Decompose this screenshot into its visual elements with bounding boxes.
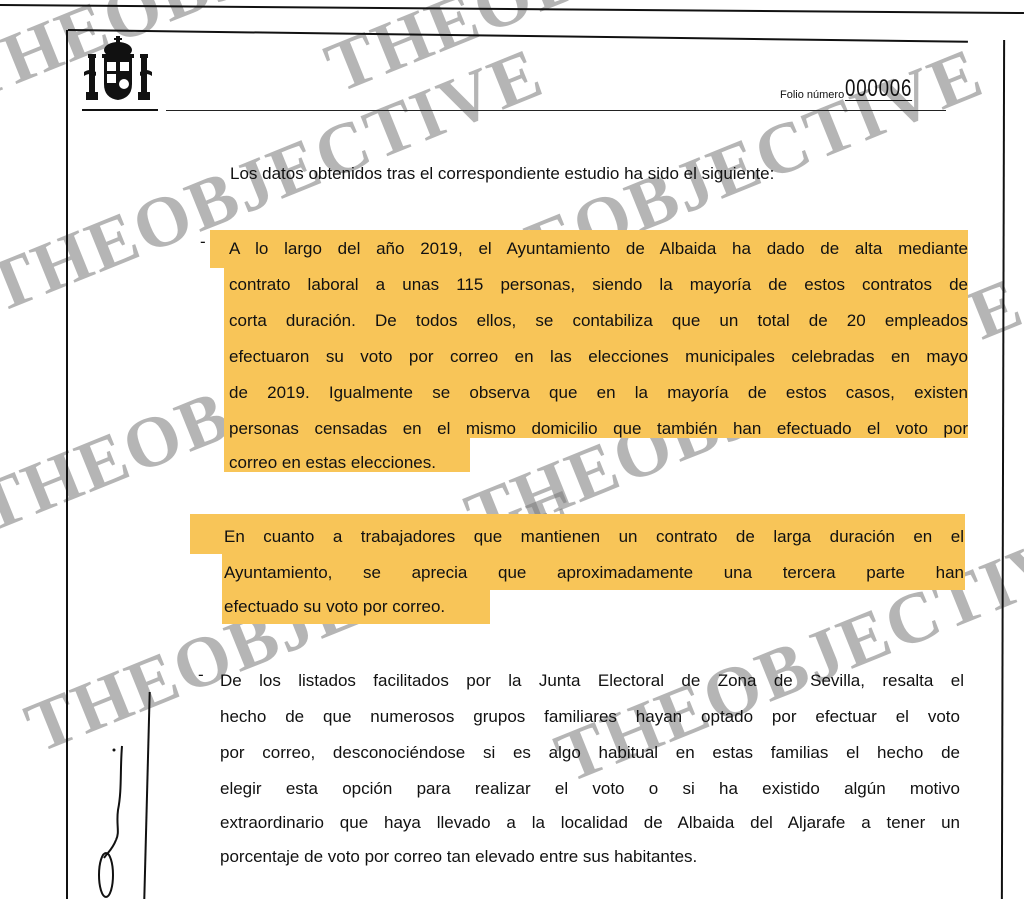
bullet-marker: - — [198, 665, 204, 685]
page-border-right — [1001, 40, 1005, 899]
paragraph-line: hecho de que numerosos grupos familiares… — [220, 700, 960, 733]
paragraph-line: contrato laboral a unas 115 personas, si… — [229, 268, 968, 301]
paragraph-line: A lo largo del año 2019, el Ayuntamiento… — [229, 232, 968, 265]
bullet-marker: - — [200, 232, 206, 252]
paragraph-line: efectuaron su voto por correo en las ele… — [229, 340, 968, 373]
paragraph-line: De los listados facilitados por la Junta… — [220, 664, 964, 697]
paragraph-line: porcentaje de voto por correo tan elevad… — [220, 840, 697, 873]
folio-number-field: Folio número 000006 — [780, 78, 931, 101]
signature-mark — [92, 740, 132, 899]
paragraph-line: extraordinario que haya llevado a la loc… — [220, 806, 960, 839]
folio-number: 000006 — [845, 78, 912, 101]
intro-sentence: Los datos obtenidos tras el correspondie… — [230, 156, 774, 191]
paragraph-line: efectuado su voto por correo. — [224, 590, 445, 623]
paragraph-line: correo en estas elecciones. — [229, 446, 436, 479]
page-border-top — [68, 29, 968, 43]
scan-border-top — [0, 4, 1024, 14]
paragraph-line: personas censadas en el mismo domicilio … — [229, 412, 968, 445]
header-rule — [166, 110, 946, 111]
folio-label: Folio número — [780, 89, 844, 101]
paragraph-line: por correo, desconociéndose si es algo h… — [220, 736, 960, 769]
paragraph-line: elegir esta opción para realizar el voto… — [220, 772, 960, 805]
header-rule — [82, 109, 158, 111]
paragraph-line: corta duración. De todos ellos, se conta… — [229, 304, 968, 337]
page-border-left — [66, 30, 68, 899]
coat-of-arms-icon — [84, 36, 152, 106]
paragraph-line: de 2019. Igualmente se observa que en la… — [229, 376, 968, 409]
document-page: THEOBJECTIVE THEOBJECTIVE THEOBJECTIVE T… — [0, 0, 1024, 899]
watermark: THEOBJECTIVE — [0, 0, 525, 120]
paragraph-line: Ayuntamiento, se aprecia que aproximadam… — [224, 556, 964, 589]
paragraph-line: En cuanto a trabajadores que mantienen u… — [224, 520, 964, 553]
margin-line — [143, 692, 150, 899]
